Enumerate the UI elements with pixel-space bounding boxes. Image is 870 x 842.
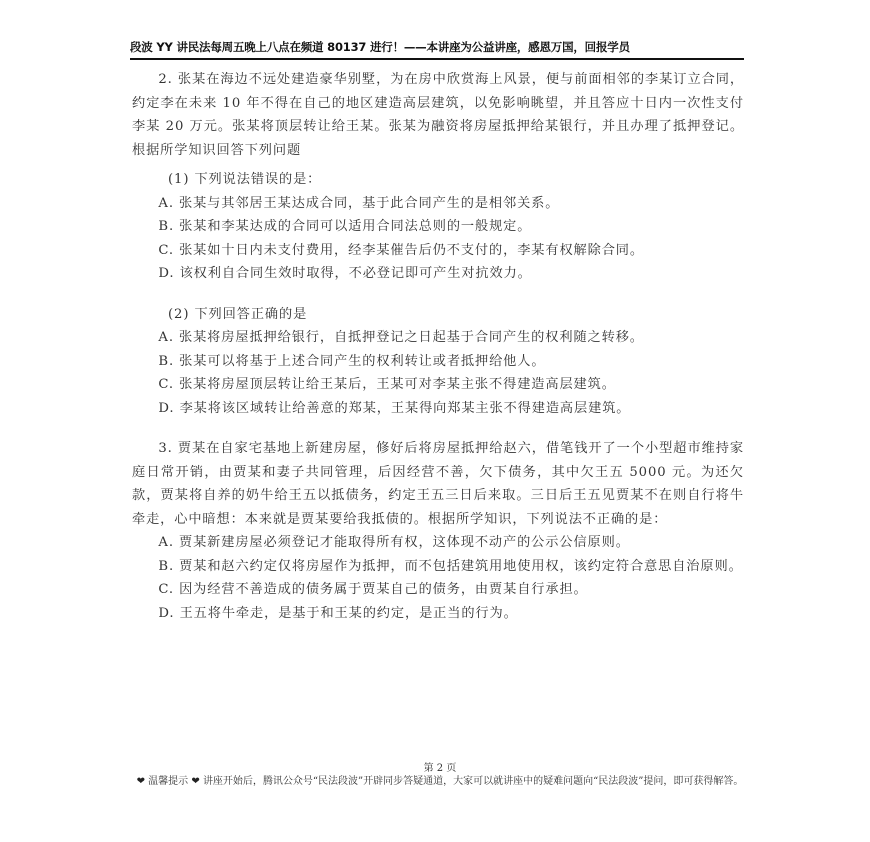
question-2-sub-2-option-c: C. 张某将房屋顶层转让给王某后，王某可对李某主张不得建造高层建筑。 bbox=[132, 373, 744, 397]
question-2-sub-1-option-b: B. 张某和李某达成的合同可以适用合同法总则的一般规定。 bbox=[132, 215, 744, 239]
question-3-option-d: D. 王五将牛牵走，是基于和王某的约定，是正当的行为。 bbox=[132, 602, 744, 626]
page-number: 第 2 页 bbox=[110, 762, 770, 775]
question-3-option-c: C. 因为经营不善造成的债务属于贾某自己的债务，由贾某自行承担。 bbox=[132, 578, 744, 602]
question-3-option-b: B. 贾某和赵六约定仅将房屋作为抵押，而不包括建筑用地使用权，该约定符合意思自治… bbox=[132, 555, 744, 579]
document-body: 2. 张某在海边不远处建造豪华别墅，为在房中欣赏海上风景，便与前面相邻的李某订立… bbox=[132, 68, 744, 625]
question-3-stem: 3. 贾某在自家宅基地上新建房屋，修好后将房屋抵押给赵六，借笔钱开了一个小型超市… bbox=[132, 437, 744, 531]
document-page: 段波 YY 讲民法每周五晚上八点在频道 80137 进行！——本讲座为公益讲座，… bbox=[0, 0, 870, 842]
heart-icon: ❤ bbox=[191, 776, 199, 787]
question-2-sub-1-option-d: D. 该权利自合同生效时取得，不必登记即可产生对抗效力。 bbox=[132, 262, 744, 286]
page-footer: 第 2 页 ❤ 温馨提示 ❤ 讲座开始后，腾讯公众号“民法段波”开辟同步答疑通道… bbox=[110, 762, 770, 788]
question-2-stem: 2. 张某在海边不远处建造豪华别墅，为在房中欣赏海上风景，便与前面相邻的李某订立… bbox=[132, 68, 744, 162]
question-2-sub-2-option-d: D. 李某将该区域转让给善意的郑某，王某得向郑某主张不得建造高层建筑。 bbox=[132, 397, 744, 421]
page-header: 段波 YY 讲民法每周五晚上八点在频道 80137 进行！——本讲座为公益讲座，… bbox=[130, 40, 744, 60]
question-2-sub-2-title: (2) 下列回答正确的是 bbox=[132, 303, 744, 327]
question-2-sub-2-option-b: B. 张某可以将基于上述合同产生的权利转让或者抵押给他人。 bbox=[132, 350, 744, 374]
question-2-sub-1-option-c: C. 张某如十日内未支付费用，经李某催告后仍不支付的，李某有权解除合同。 bbox=[132, 239, 744, 263]
question-2-sub-1-title: (1) 下列说法错误的是： bbox=[132, 168, 744, 192]
heart-icon: ❤ bbox=[137, 776, 145, 787]
question-3-option-a: A. 贾某新建房屋必须登记才能取得所有权，这体现不动产的公示公信原则。 bbox=[132, 531, 744, 555]
question-2-sub-2-option-a: A. 张某将房屋抵押给银行，自抵押登记之日起基于合同产生的权利随之转移。 bbox=[132, 326, 744, 350]
tip-label: 温馨提示 bbox=[148, 776, 188, 787]
question-2-sub-1-option-a: A. 张某与其邻居王某达成合同，基于此合同产生的是相邻关系。 bbox=[132, 192, 744, 216]
tip-text: 讲座开始后，腾讯公众号“民法段波”开辟同步答疑通道，大家可以就讲座中的疑难问题向… bbox=[203, 776, 743, 787]
